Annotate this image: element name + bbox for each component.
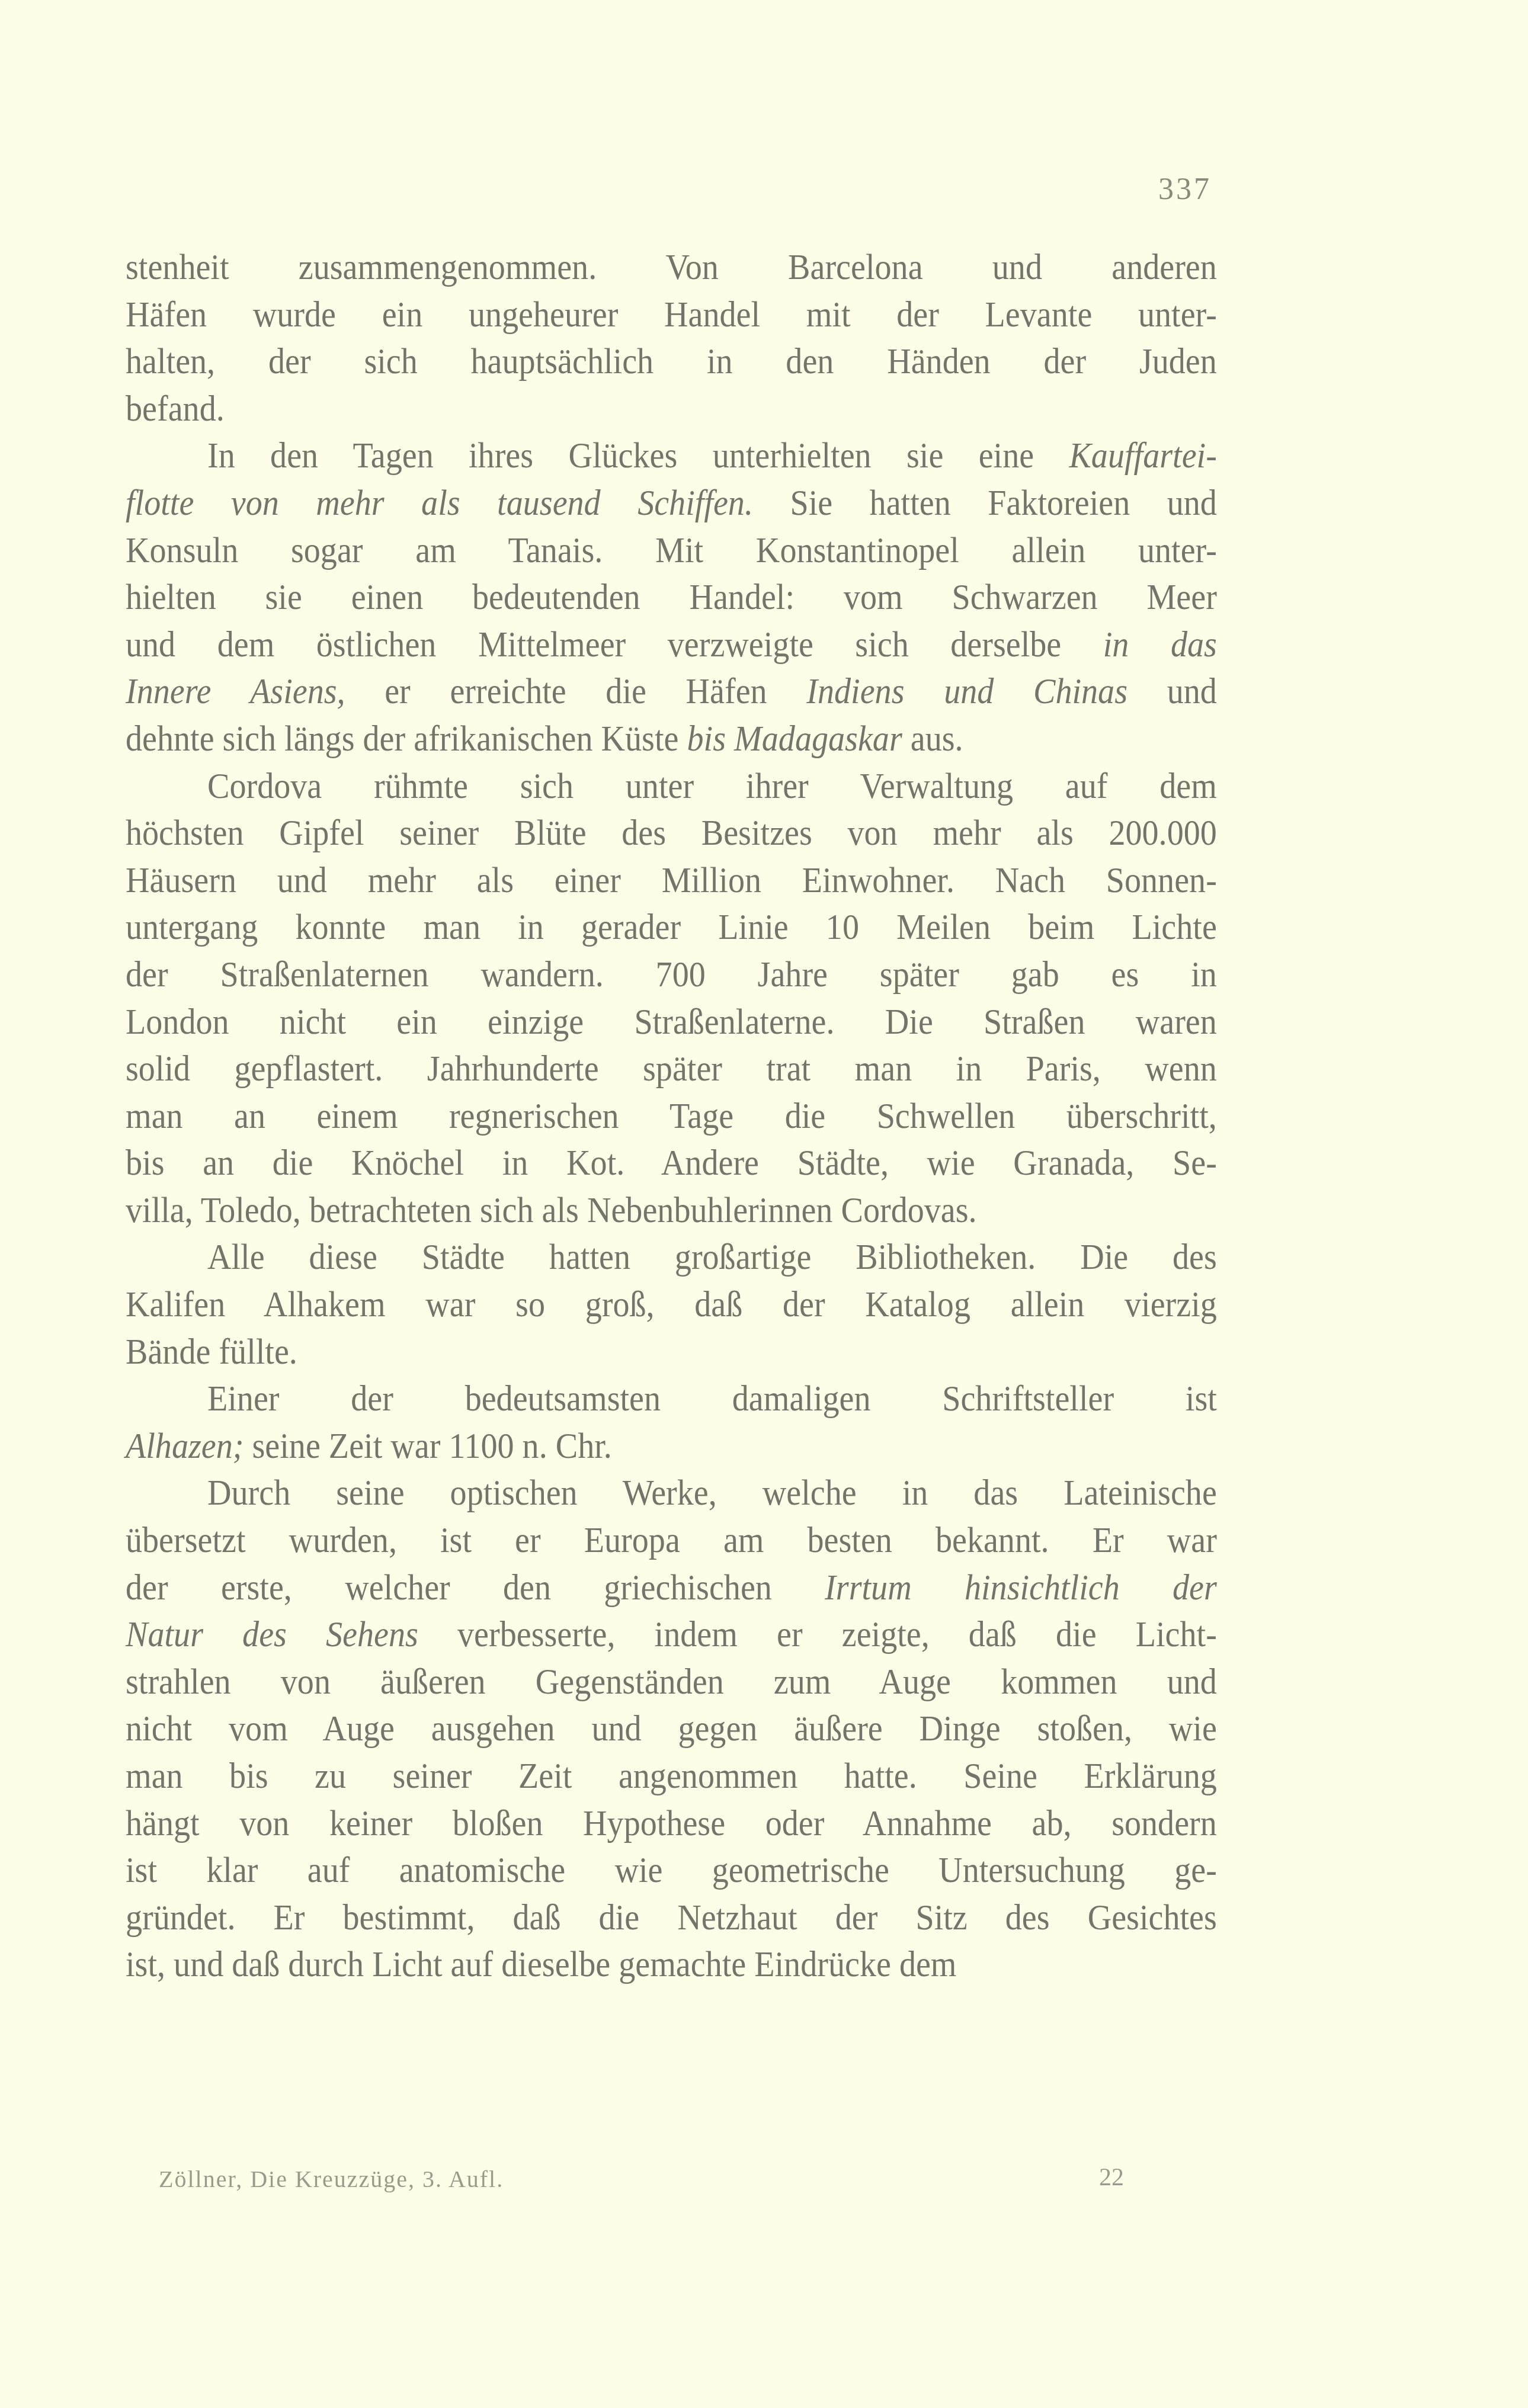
text-line: villa, Toledo, betrachteten sich als Neb… bbox=[126, 1187, 1217, 1235]
page-number: 337 bbox=[1158, 172, 1212, 207]
text-line: bis an die Knöchel in Kot. Andere Städte… bbox=[126, 1140, 1217, 1187]
text-line: Bände füllte. bbox=[126, 1329, 1217, 1376]
paragraph: Einer der bedeutsamsten damaligen Schrif… bbox=[126, 1375, 1217, 1470]
text-line: stenheit zusammengenommen. Von Barcelona… bbox=[126, 244, 1217, 291]
text-line: und dem östlichen Mittelmeer verzweigte … bbox=[126, 621, 1217, 669]
text-line: man an einem regnerischen Tage die Schwe… bbox=[126, 1093, 1217, 1140]
footer-sheet-number: 22 bbox=[1099, 2163, 1124, 2192]
text-line: Einer der bedeutsamsten damaligen Schrif… bbox=[126, 1375, 1217, 1423]
paragraph: In den Tagen ihres Glückes unterhielten … bbox=[126, 432, 1217, 762]
text-line: der erste, welcher den griechischen Irrt… bbox=[126, 1564, 1217, 1612]
text-line: man bis zu seiner Zeit angenommen hatte.… bbox=[126, 1753, 1217, 1800]
text-line: der Straßenlaternen wandern. 700 Jahre s… bbox=[126, 951, 1217, 999]
body-text: stenheit zusammengenommen. Von Barcelona… bbox=[126, 244, 1217, 1989]
text-line: hielten sie einen bedeutenden Handel: vo… bbox=[126, 574, 1217, 621]
text-line: ist klar auf anatomische wie geometrisch… bbox=[126, 1847, 1217, 1894]
emphasis: Natur des Sehens bbox=[126, 1615, 418, 1655]
text-line: strahlen von äußeren Gegenständen zum Au… bbox=[126, 1659, 1217, 1706]
paragraph: Alle diese Städte hatten großartige Bibl… bbox=[126, 1234, 1217, 1375]
emphasis: Alhazen; bbox=[126, 1426, 244, 1466]
footer-signature-line: Zöllner, Die Kreuzzüge, 3. Aufl. bbox=[159, 2165, 504, 2193]
text-line: Alhazen; seine Zeit war 1100 n. Chr. bbox=[126, 1423, 1217, 1470]
text-line: höchsten Gipfel seiner Blüte des Besitze… bbox=[126, 810, 1217, 857]
emphasis: Irrtum hinsichtlich der bbox=[825, 1568, 1217, 1608]
text-line: nicht vom Auge ausgehen und gegen äußere… bbox=[126, 1705, 1217, 1753]
text-line: untergang konnte man in gerader Linie 10… bbox=[126, 904, 1217, 951]
text-line: Kalifen Alhakem war so groß, daß der Kat… bbox=[126, 1281, 1217, 1329]
emphasis: Innere Asiens, bbox=[126, 672, 345, 711]
paragraph: Durch seine optischen Werke, welche in d… bbox=[126, 1470, 1217, 1989]
text-line: gründet. Er bestimmt, daß die Netzhaut d… bbox=[126, 1894, 1217, 1942]
text-line: Natur des Sehens verbesserte, indem er z… bbox=[126, 1611, 1217, 1659]
paragraph: Cordova rühmte sich unter ihrer Verwaltu… bbox=[126, 763, 1217, 1235]
text-line: Häusern und mehr als einer Million Einwo… bbox=[126, 857, 1217, 905]
text-line: Durch seine optischen Werke, welche in d… bbox=[126, 1470, 1217, 1517]
text-line: flotte von mehr als tausend Schiffen. Si… bbox=[126, 480, 1217, 527]
text-line: Häfen wurde ein ungeheurer Handel mit de… bbox=[126, 291, 1217, 339]
text-line: Innere Asiens, er erreichte die Häfen In… bbox=[126, 668, 1217, 716]
text-line: solid gepflastert. Jahrhunderte später t… bbox=[126, 1046, 1217, 1093]
text-line: befand. bbox=[126, 386, 1217, 433]
text-line: Alle diese Städte hatten großartige Bibl… bbox=[126, 1234, 1217, 1281]
text-line: London nicht ein einzige Straßenlaterne.… bbox=[126, 999, 1217, 1046]
emphasis: Indiens und Chinas bbox=[806, 672, 1127, 711]
paragraph: stenheit zusammengenommen. Von Barcelona… bbox=[126, 244, 1217, 432]
emphasis: in das bbox=[1103, 625, 1217, 665]
text-line: Cordova rühmte sich unter ihrer Verwaltu… bbox=[126, 763, 1217, 810]
emphasis: flotte von mehr als tausend Schiffen. bbox=[126, 483, 753, 523]
emphasis: bis Madagaskar bbox=[687, 719, 902, 759]
text-line: ist, und daß durch Licht auf dieselbe ge… bbox=[126, 1941, 1217, 1989]
text-line: dehnte sich längs der afrikanischen Küst… bbox=[126, 716, 1217, 763]
text-line: In den Tagen ihres Glückes unterhielten … bbox=[126, 432, 1217, 480]
emphasis: Kauffartei- bbox=[1069, 436, 1216, 476]
text-line: Konsuln sogar am Tanais. Mit Konstantino… bbox=[126, 527, 1217, 575]
text-line: übersetzt wurden, ist er Europa am beste… bbox=[126, 1517, 1217, 1564]
text-line: halten, der sich hauptsächlich in den Hä… bbox=[126, 338, 1217, 386]
text-line: hängt von keiner bloßen Hypothese oder A… bbox=[126, 1800, 1217, 1848]
